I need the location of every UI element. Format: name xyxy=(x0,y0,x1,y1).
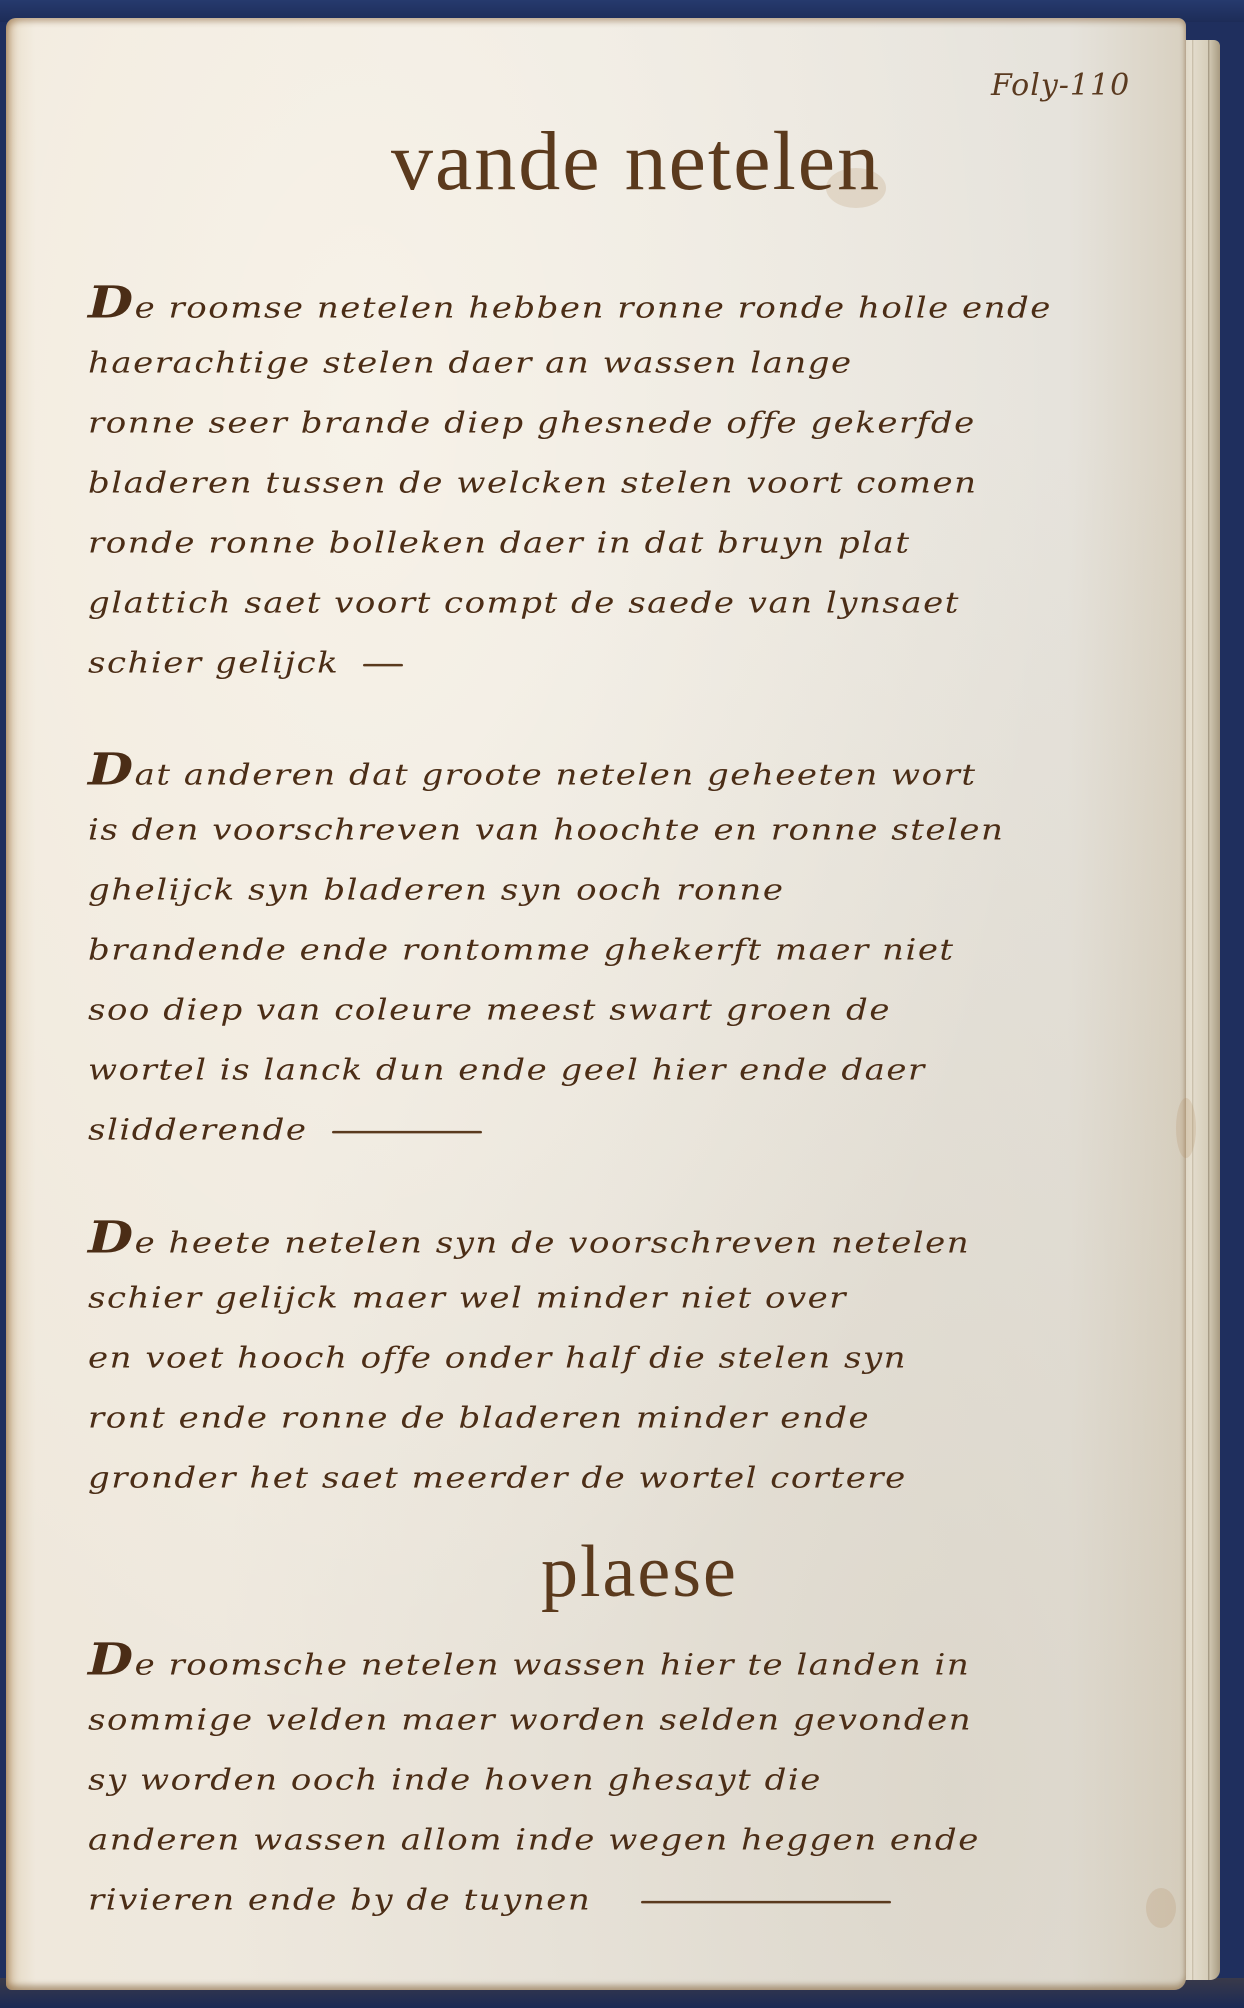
text-line: De roomsche netelen wassen hier te lande… xyxy=(88,1635,980,1686)
text-line: wortel is lanck dun ende geel hier ende … xyxy=(88,1045,1004,1096)
text-line: ronde ronne bolleken daer in dat bruyn p… xyxy=(88,518,1052,569)
text-line: schier gelijck xyxy=(88,646,339,680)
text-line: en voet hooch offe onder half die stelen… xyxy=(88,1333,970,1384)
paper-stain xyxy=(1176,1098,1196,1158)
text-line: ghelijck syn bladeren syn ooch ronne xyxy=(88,865,1004,916)
text-line: ronne seer brande diep ghesnede offe gek… xyxy=(88,398,1052,449)
text-line: gronder het saet meerder de wortel corte… xyxy=(88,1453,970,1504)
text-line: sy worden ooch inde hoven ghesayt die xyxy=(88,1755,980,1806)
paragraph-description-roman-nettle: De roomse netelen hebben ronne ronde hol… xyxy=(88,273,1052,693)
page-edges xyxy=(1180,40,1220,1980)
text-line-last: slidderende xyxy=(88,1105,1004,1156)
line-end-dash xyxy=(363,663,403,666)
text-line: anderen wassen allom inde wegen heggen e… xyxy=(88,1815,980,1866)
text-line: slidderende xyxy=(88,1113,308,1147)
text-line-last: schier gelijck xyxy=(88,638,1052,689)
text-line: sommige velden maer worden selden gevond… xyxy=(88,1695,980,1746)
text-line: rivieren ende by de tuynen xyxy=(88,1883,591,1917)
manuscript-page: Foly-110 vande netelen De roomse netelen… xyxy=(6,18,1186,1990)
text-line: haerachtige stelen daer an wassen lange xyxy=(88,338,1052,389)
section-heading-place: plaese xyxy=(541,1530,738,1615)
text-line: glattich saet voort compt de saede van l… xyxy=(88,578,1052,629)
paragraph-place: De roomsche netelen wassen hier te lande… xyxy=(88,1630,980,1930)
text-line: Dat anderen dat groote netelen geheeten … xyxy=(88,745,1004,796)
text-line-last: rivieren ende by de tuynen xyxy=(88,1875,980,1926)
text-line: De heete netelen syn de voorschreven net… xyxy=(88,1213,970,1264)
text-line: ront ende ronne de bladeren minder ende xyxy=(88,1393,970,1444)
line-end-rule xyxy=(332,1130,482,1133)
text-line: bladeren tussen de welcken stelen voort … xyxy=(88,458,1052,509)
line-end-rule xyxy=(641,1900,891,1903)
paragraph-description-hot-nettle: De heete netelen syn de voorschreven net… xyxy=(88,1208,970,1508)
text-line: is den voorschreven van hoochte en ronne… xyxy=(88,805,1004,856)
page-title: vande netelen xyxy=(391,113,881,210)
paper-stain xyxy=(1146,1888,1176,1928)
text-line: brandende ende rontomme ghekerft maer ni… xyxy=(88,925,1004,976)
folio-number: Foly-110 xyxy=(991,68,1130,103)
text-line: schier gelijck maer wel minder niet over xyxy=(88,1273,970,1324)
paragraph-description-great-nettle: Dat anderen dat groote netelen geheeten … xyxy=(88,740,1004,1160)
text-line: De roomse netelen hebben ronne ronde hol… xyxy=(88,278,1052,329)
text-line: soo diep van coleure meest swart groen d… xyxy=(88,985,1004,1036)
